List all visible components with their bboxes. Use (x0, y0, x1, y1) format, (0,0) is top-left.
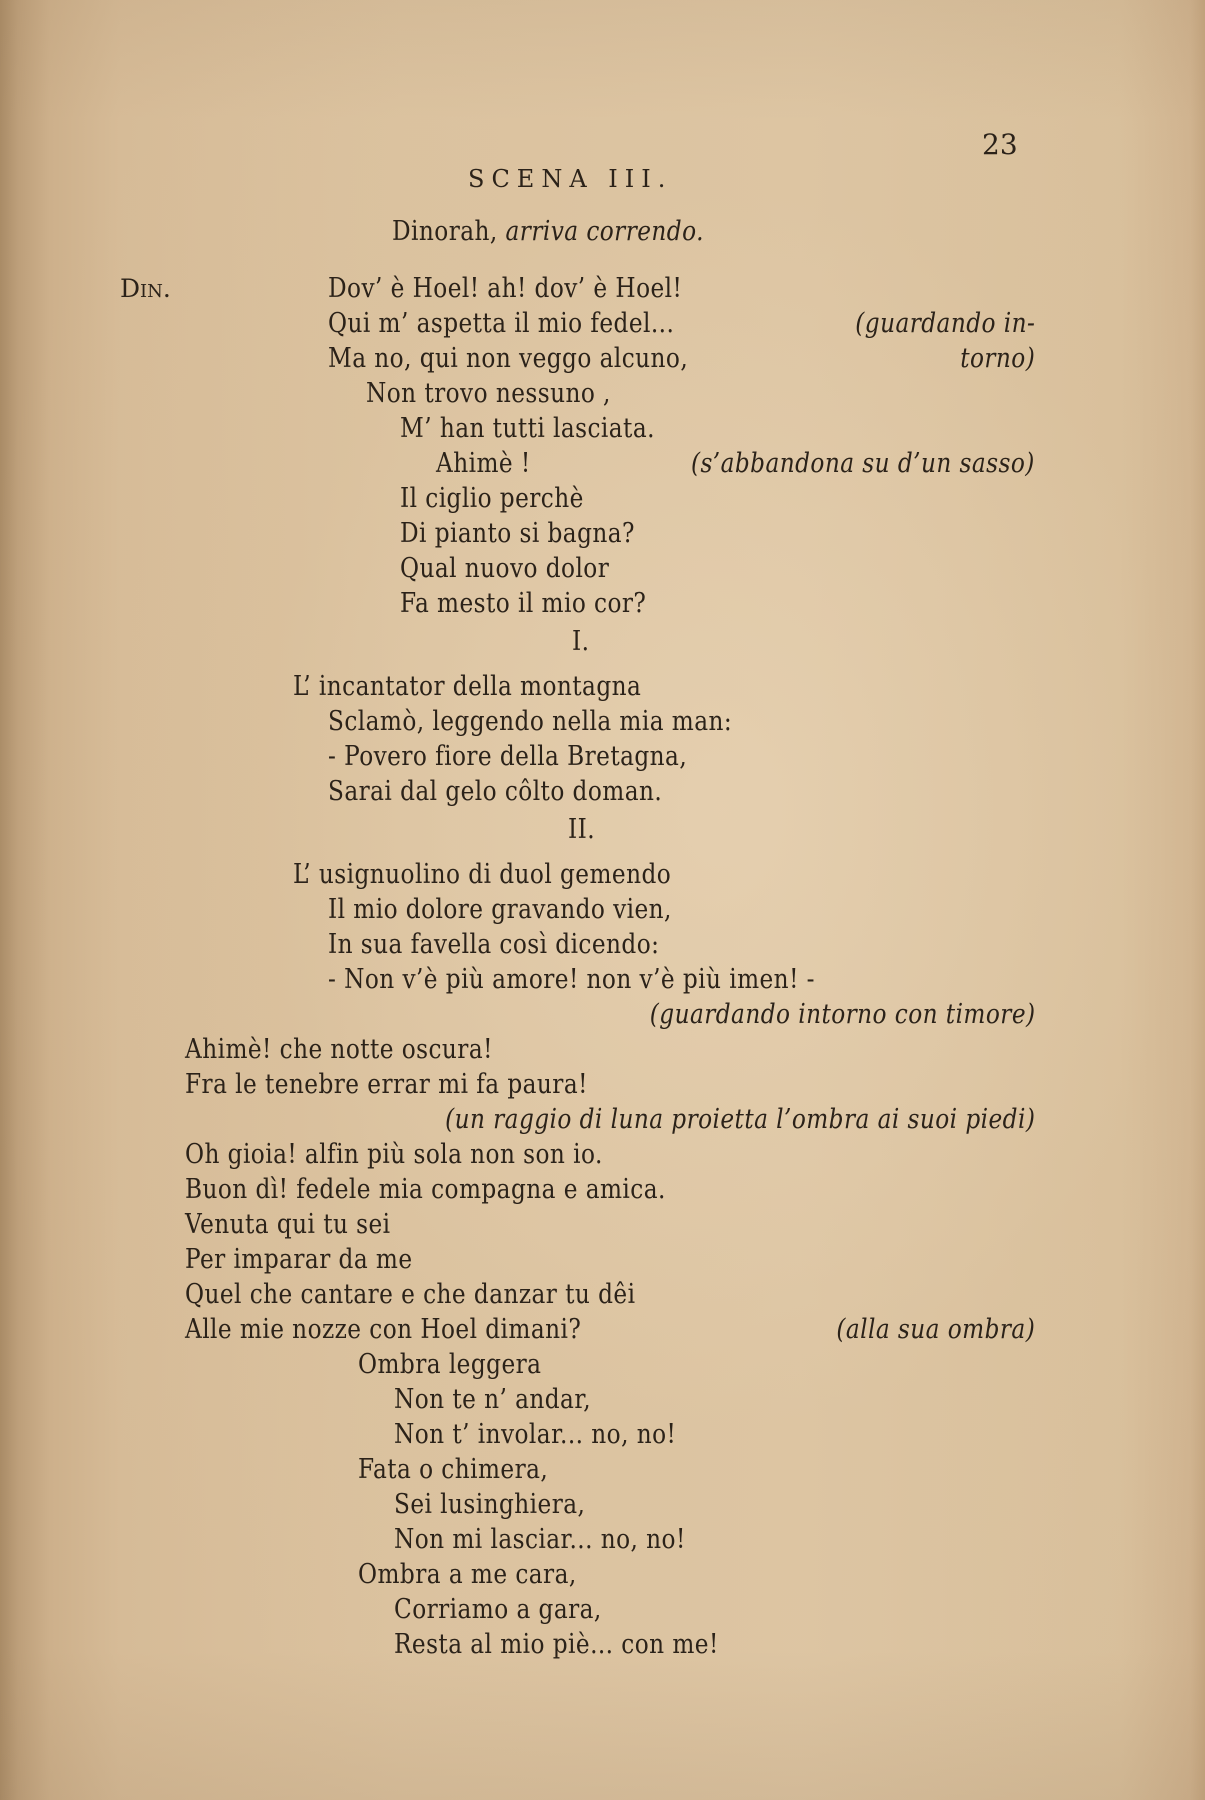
verse-line: Non trovo nessuno , (366, 377, 611, 411)
verse-line: Resta al mio piè... con me! (394, 1628, 719, 1662)
page-number: 23 (982, 128, 1018, 162)
verse-line: Buon dì! fedele mia compagna e amica. (185, 1173, 666, 1207)
verse-line: L’ usignuolino di duol gemendo (293, 858, 671, 892)
verse-line: Per imparar da me (185, 1243, 413, 1277)
stage-intro: Dinorah, arriva correndo. (392, 215, 704, 249)
verse-line: Sei lusinghiera, (394, 1488, 585, 1522)
verse-line: L’ incantator della montagna (293, 670, 641, 704)
verse-line: M’ han tutti lasciata. (400, 412, 655, 446)
stage-direction: (un raggio di luna proietta l’ombra ai s… (445, 1103, 1035, 1137)
verse-line: Sclamò, leggendo nella mia man: (328, 705, 732, 739)
verse-line: Di pianto si bagna? (400, 517, 635, 551)
stage-direction: (guardando in- (855, 307, 1035, 341)
verse-line: Corriamo a gara, (394, 1593, 602, 1627)
verse-line: Fra le tenebre errar mi fa paura! (185, 1068, 588, 1102)
verse-line: II. (568, 813, 595, 847)
verse-line: Venuta qui tu sei (185, 1208, 391, 1242)
verse-line: Qui m’ aspetta il mio fedel... (328, 307, 674, 341)
verse-line: Il mio dolore gravando vien, (328, 893, 672, 927)
book-page: 23 SCENA III. Dinorah, arriva correndo. … (0, 0, 1205, 1800)
verse-line: Il ciglio perchè (400, 482, 584, 516)
verse-line: Oh gioia! alfin più sola non son io. (185, 1138, 603, 1172)
scene-title: SCENA III. (468, 162, 672, 196)
verse-line: - Non v’è più amore! non v’è più imen! - (328, 963, 815, 997)
verse-line: Non te n’ andar, (394, 1383, 591, 1417)
stage-direction: torno) (960, 342, 1035, 376)
verse-line: Alle mie nozze con Hoel dimani? (185, 1313, 581, 1347)
stage-direction: arriva correndo. (506, 216, 704, 247)
verse-line: In sua favella così dicendo: (328, 928, 659, 962)
verse-line: Ahimè ! (436, 447, 531, 481)
verse-line: Fata o chimera, (358, 1453, 548, 1487)
stage-direction: (s’abbandona su d’un sasso) (691, 447, 1035, 481)
verse-line: Ahimè! che notte oscura! (185, 1033, 493, 1067)
verse-line: Non t’ involar... no, no! (394, 1418, 676, 1452)
verse-line: - Povero fiore della Bretagna, (328, 740, 687, 774)
verse-line: Ombra leggera (358, 1348, 541, 1382)
verse-line: Quel che cantare e che danzar tu dêi (185, 1278, 635, 1312)
stage-direction: (alla sua ombra) (836, 1313, 1035, 1347)
character-name: Dinorah, (392, 216, 498, 247)
verse-line: Non mi lasciar... no, no! (394, 1523, 686, 1557)
stage-direction: (guardando intorno con timore) (649, 998, 1035, 1032)
verse-line: Ma no, qui non veggo alcuno, (328, 342, 688, 376)
speaker-label: Din. (120, 272, 171, 306)
verse-line: Sarai dal gelo côlto doman. (328, 775, 662, 809)
verse-line: Ombra a me cara, (358, 1558, 577, 1592)
verse-line: Qual nuovo dolor (400, 552, 609, 586)
verse-line: Fa mesto il mio cor? (400, 587, 646, 621)
verse-line: I. (572, 625, 589, 659)
verse-line: Dov’ è Hoel! ah! dov’ è Hoel! (328, 272, 682, 306)
